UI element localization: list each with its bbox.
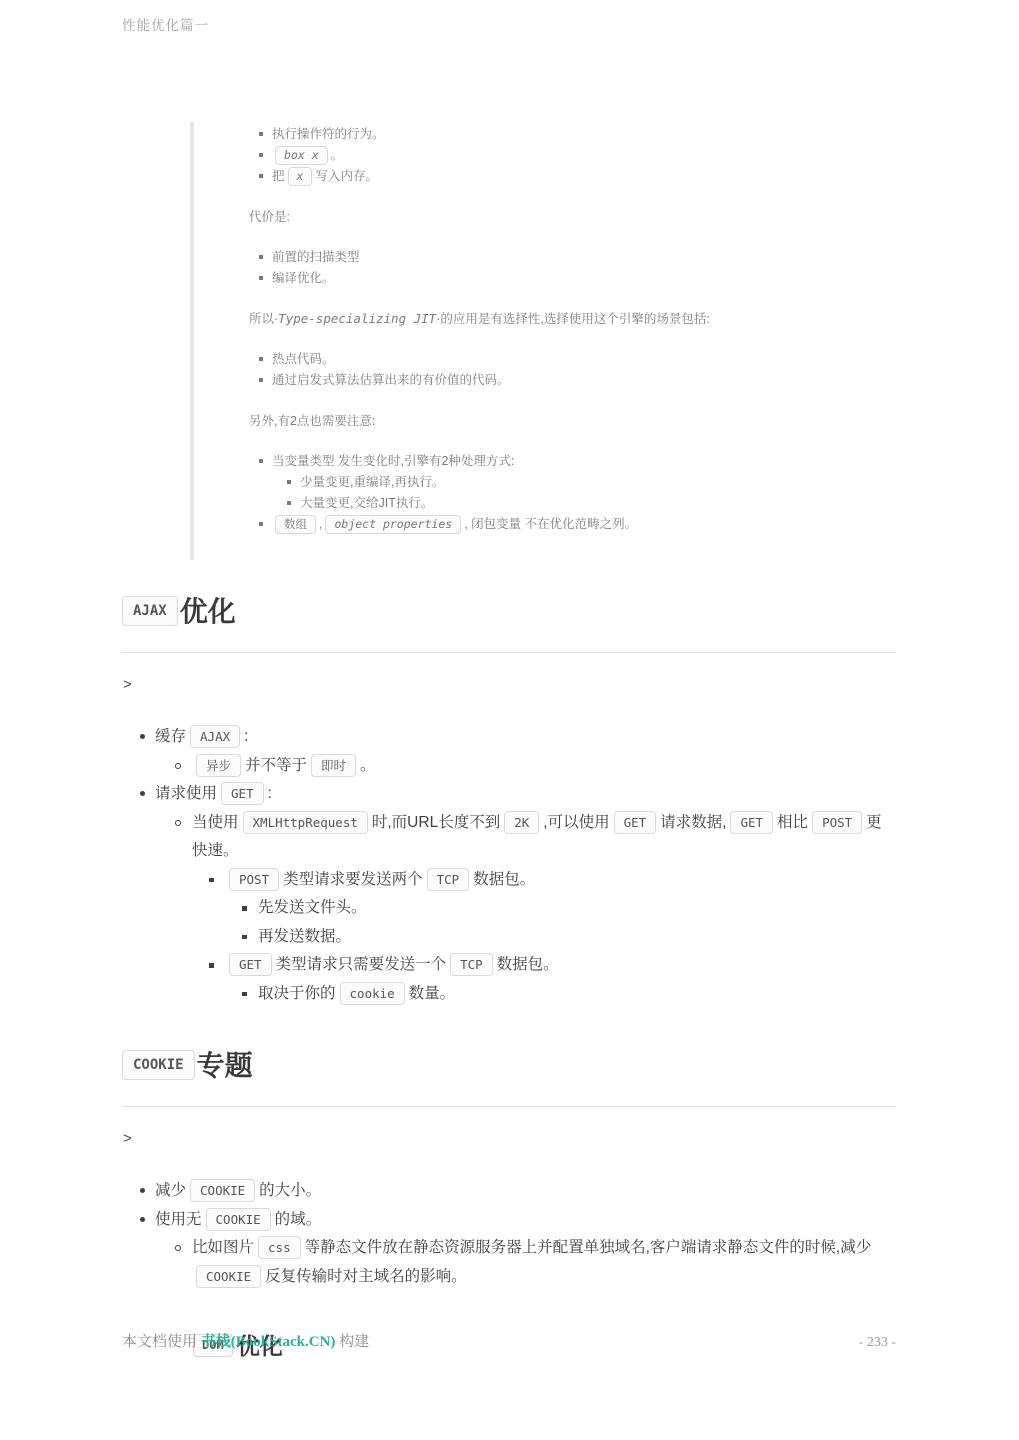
footer-build-note: 本文档使用 书栈(BookStack.CN) 构建 bbox=[122, 1330, 369, 1351]
inline-code-badge: object properties bbox=[325, 515, 461, 534]
page-header: 性能优化篇一 bbox=[122, 14, 209, 34]
quote-marker: > bbox=[123, 676, 896, 693]
jit-behavior-list: 执行操作符的行为。 box x。 把x写入内存。 bbox=[249, 124, 886, 187]
inline-code-badge: POST bbox=[229, 868, 279, 891]
inline-code-badge: GET bbox=[730, 811, 773, 834]
list-item: 异步并不等于即时。 bbox=[155, 752, 896, 781]
inline-code-badge: XMLHttpRequest bbox=[243, 811, 368, 834]
list-item-text: 少量变更,重编译,再执行。 bbox=[300, 475, 444, 489]
list-item: 比如图片css等静态文件放在静态资源服务器上并配置单独域名,客户端请求静态文件的… bbox=[155, 1234, 896, 1291]
list-item-text: 异步并不等于即时。 bbox=[192, 757, 376, 774]
ajax-get-sublist: 当使用XMLHttpRequest时,而URL长度不到2K,可以使用GET请求数… bbox=[155, 809, 896, 1009]
list-item: GET类型请求只需要发送一个TCP数据包。 取决于你的cookie数量。 bbox=[192, 951, 896, 1008]
list-item: 请求使用GET: 当使用XMLHttpRequest时,而URL长度不到2K,可… bbox=[122, 780, 896, 1008]
inline-code-badge: 即时 bbox=[311, 754, 356, 777]
jit-note-list: 当变量类型 发生变化时,引擎有2种处理方式: 少量变更,重编译,再执行。 大量变… bbox=[249, 451, 886, 535]
list-item-text: 数组,object properties, 闭包变量 不在优化范畴之列。 bbox=[272, 517, 637, 531]
list-item-text: 使用无COOKIE的域。 bbox=[155, 1211, 321, 1228]
list-item-text: 执行操作符的行为。 bbox=[272, 127, 385, 141]
list-item: 取决于你的cookie数量。 bbox=[225, 980, 896, 1009]
ajax-cache-sublist: 异步并不等于即时。 bbox=[155, 752, 896, 781]
blockquote-jit: 执行操作符的行为。 box x。 把x写入内存。 代价是: 前置的扫描类型 编译… bbox=[190, 122, 896, 560]
inline-code-plain: Type-specializing JIT bbox=[278, 311, 436, 326]
list-item: 当使用XMLHttpRequest时,而URL长度不到2K,可以使用GET请求数… bbox=[155, 809, 896, 1009]
heading-divider bbox=[122, 1106, 896, 1107]
inline-code-badge: AJAX bbox=[122, 596, 178, 626]
inline-code-badge: 数组 bbox=[275, 515, 316, 534]
list-item: POST类型请求要发送两个TCP数据包。 先发送文件头。 再发送数据。 bbox=[192, 866, 896, 952]
list-item: 大量变更,交给JIT执行。 bbox=[272, 493, 886, 514]
list-item: 再发送数据。 bbox=[225, 923, 896, 952]
document-content: 执行操作符的行为。 box x。 把x写入内存。 代价是: 前置的扫描类型 编译… bbox=[0, 122, 1019, 1361]
list-item-text: 取决于你的cookie数量。 bbox=[258, 985, 455, 1002]
inline-code-badge: COOKIE bbox=[190, 1179, 255, 1202]
inline-code-badge: 异步 bbox=[196, 754, 241, 777]
list-item: 热点代码。 bbox=[249, 349, 886, 370]
jit-scene-list: 热点代码。 通过启发式算法估算出来的有价值的代码。 bbox=[249, 349, 886, 391]
list-item-text: 减少COOKIE的大小。 bbox=[155, 1182, 321, 1199]
list-item: 缓存AJAX: 异步并不等于即时。 bbox=[122, 723, 896, 780]
ajax-list: 缓存AJAX: 异步并不等于即时。 请求使用GET: 当使用XMLHttpReq… bbox=[122, 723, 896, 1008]
list-item-text: 先发送文件头。 bbox=[258, 899, 367, 916]
section-heading-cookie: COOKIE 专题 bbox=[122, 1044, 896, 1084]
page-header-title: 性能优化篇一 bbox=[122, 18, 209, 33]
list-item-text: 当使用XMLHttpRequest时,而URL长度不到2K,可以使用GET请求数… bbox=[192, 814, 882, 860]
inline-code-badge: POST bbox=[812, 811, 862, 834]
list-item: 数组,object properties, 闭包变量 不在优化范畴之列。 bbox=[249, 514, 886, 535]
page-number: - 233 - bbox=[859, 1335, 896, 1351]
page-footer: 本文档使用 书栈(BookStack.CN) 构建 - 233 - bbox=[122, 1330, 896, 1351]
request-type-list: POST类型请求要发送两个TCP数据包。 先发送文件头。 再发送数据。 GET类… bbox=[192, 866, 896, 1009]
list-item-text: 把x写入内存。 bbox=[272, 169, 378, 183]
bookstack-brand-link[interactable]: 书栈(BookStack.CN) bbox=[201, 1334, 336, 1350]
list-item: 先发送文件头。 bbox=[225, 894, 896, 923]
list-item-text: 再发送数据。 bbox=[258, 928, 351, 945]
get-detail-list: 取决于你的cookie数量。 bbox=[225, 980, 896, 1009]
inline-code-badge: COOKIE bbox=[122, 1050, 195, 1080]
inline-code-badge: box x bbox=[275, 146, 328, 165]
list-item-text: POST类型请求要发送两个TCP数据包。 bbox=[225, 871, 535, 888]
list-item-text: 请求使用GET: bbox=[155, 785, 272, 802]
list-item-text: 缓存AJAX: bbox=[155, 728, 248, 745]
list-item: 把x写入内存。 bbox=[249, 166, 886, 187]
inline-code-badge: TCP bbox=[427, 868, 470, 891]
paragraph-note: 另外,有2点也需要注意: bbox=[249, 412, 886, 430]
heading-text: 优化 bbox=[180, 590, 236, 630]
variable-change-sublist: 少量变更,重编译,再执行。 大量变更,交给JIT执行。 bbox=[272, 472, 886, 514]
inline-code-badge: 2K bbox=[504, 811, 539, 834]
inline-code-badge: x bbox=[288, 167, 313, 186]
list-item-text: 编译优化。 bbox=[272, 271, 335, 285]
list-item: 少量变更,重编译,再执行。 bbox=[272, 472, 886, 493]
jit-cost-list: 前置的扫描类型 编译优化。 bbox=[249, 247, 886, 289]
heading-text: 专题 bbox=[197, 1044, 253, 1084]
inline-code-badge: COOKIE bbox=[206, 1208, 271, 1231]
list-item-text: 热点代码。 bbox=[272, 352, 335, 366]
inline-code-badge: GET bbox=[614, 811, 657, 834]
list-item: 前置的扫描类型 bbox=[249, 247, 886, 268]
inline-code-badge: css bbox=[258, 1236, 301, 1259]
list-item-text: GET类型请求只需要发送一个TCP数据包。 bbox=[225, 956, 559, 973]
list-item: box x。 bbox=[249, 145, 886, 166]
cookie-list: 减少COOKIE的大小。 使用无COOKIE的域。 比如图片css等静态文件放在… bbox=[122, 1177, 896, 1291]
section-heading-ajax: AJAX 优化 bbox=[122, 590, 896, 630]
heading-divider bbox=[122, 652, 896, 653]
inline-code-badge: GET bbox=[229, 953, 272, 976]
inline-code-badge: AJAX bbox=[190, 725, 240, 748]
list-item: 当变量类型 发生变化时,引擎有2种处理方式: 少量变更,重编译,再执行。 大量变… bbox=[249, 451, 886, 514]
list-item: 编译优化。 bbox=[249, 268, 886, 289]
list-item-text: 大量变更,交给JIT执行。 bbox=[300, 496, 433, 510]
cookie-domain-sublist: 比如图片css等静态文件放在静态资源服务器上并配置单独域名,客户端请求静态文件的… bbox=[155, 1234, 896, 1291]
inline-code-badge: GET bbox=[221, 782, 264, 805]
list-item-text: box x。 bbox=[272, 148, 343, 162]
paragraph-jit-usage: 所以·Type-specializing JIT·的应用是有选择性,选择使用这个… bbox=[249, 310, 886, 328]
list-item: 减少COOKIE的大小。 bbox=[122, 1177, 896, 1206]
list-item-text: 通过启发式算法估算出来的有价值的代码。 bbox=[272, 373, 510, 387]
list-item-text: 当变量类型 发生变化时,引擎有2种处理方式: bbox=[272, 454, 514, 468]
list-item: 执行操作符的行为。 bbox=[249, 124, 886, 145]
footer-prefix: 本文档使用 bbox=[122, 1334, 201, 1350]
list-item-text: 前置的扫描类型 bbox=[272, 250, 360, 264]
inline-code-badge: COOKIE bbox=[196, 1265, 261, 1288]
footer-suffix: 构建 bbox=[335, 1334, 369, 1350]
list-item-text: 比如图片css等静态文件放在静态资源服务器上并配置单独域名,客户端请求静态文件的… bbox=[192, 1239, 871, 1285]
post-detail-list: 先发送文件头。 再发送数据。 bbox=[225, 894, 896, 951]
inline-code-badge: cookie bbox=[340, 982, 405, 1005]
inline-code-badge: TCP bbox=[450, 953, 493, 976]
quote-marker: > bbox=[123, 1130, 896, 1147]
list-item: 通过启发式算法估算出来的有价值的代码。 bbox=[249, 370, 886, 391]
list-item: 使用无COOKIE的域。 比如图片css等静态文件放在静态资源服务器上并配置单独… bbox=[122, 1206, 896, 1292]
paragraph-cost: 代价是: bbox=[249, 208, 886, 226]
